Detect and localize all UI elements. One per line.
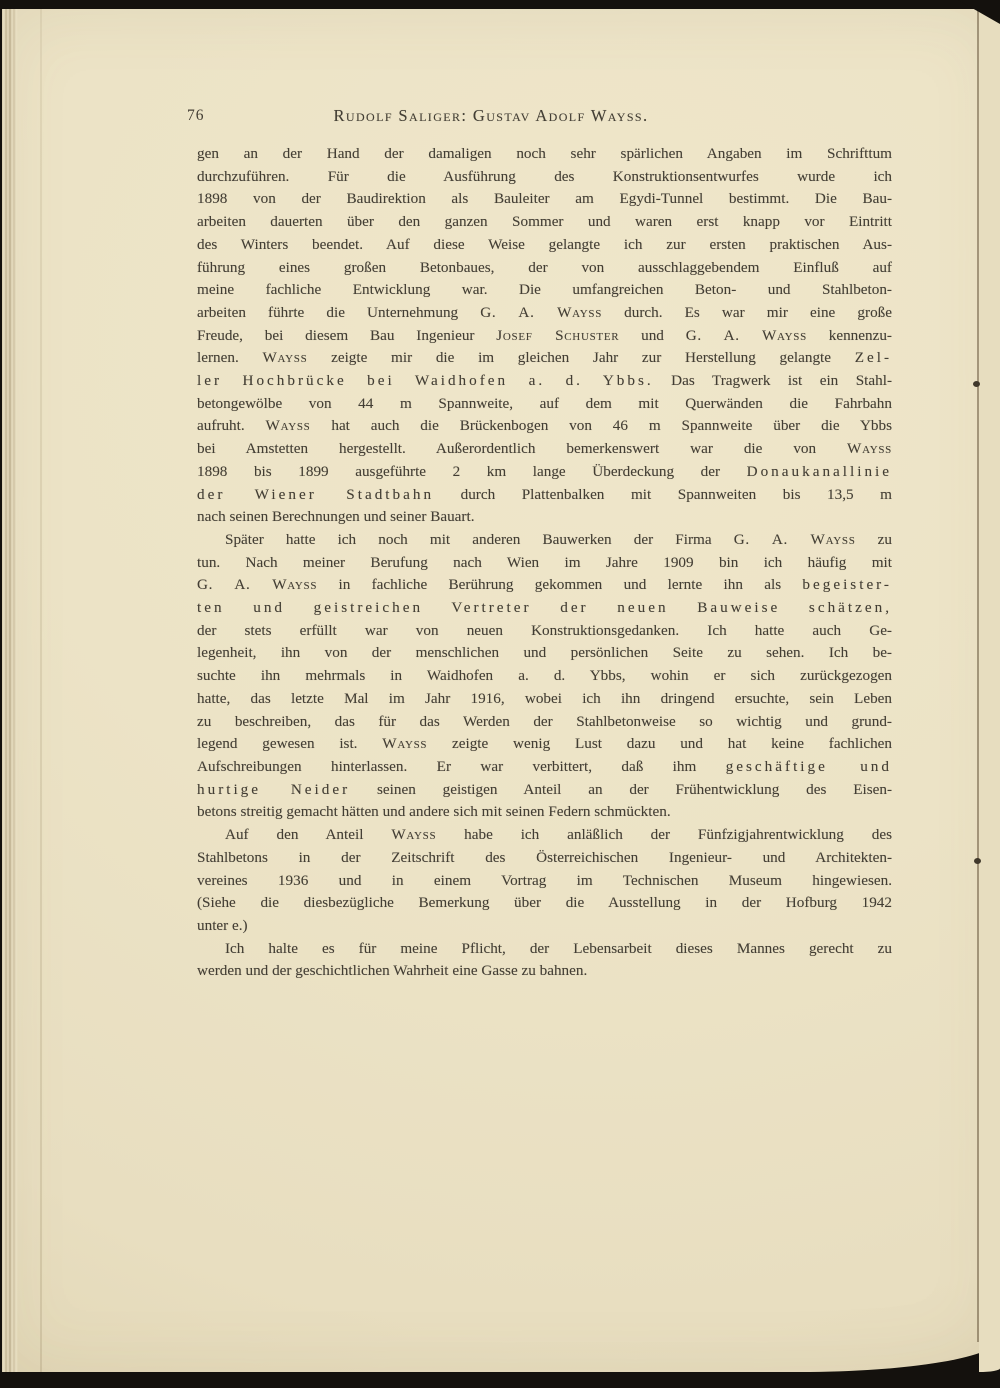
gutter-crease bbox=[40, 9, 42, 1372]
text-line: hurtige Neider seinen geistigen Anteil a… bbox=[197, 779, 892, 802]
text-line: G. A. Wayss in fachliche Berührung gekom… bbox=[197, 574, 892, 597]
text-line: meine fachliche Entwicklung war. Die umf… bbox=[197, 279, 892, 302]
text-segment: gen an der Hand der damaligen noch sehr … bbox=[197, 145, 892, 162]
letterspaced-emphasis: ler Hochbrücke bei Waidhofen a. d. Ybbs. bbox=[197, 372, 654, 389]
text-line: suchte ihn mehrmals in Waidhofen a. d. Y… bbox=[197, 665, 892, 688]
running-header: Rudolf Saliger: Gustav Adolf Wayss. bbox=[2, 106, 980, 126]
text-segment: tun. Nach meiner Berufung nach Wien im J… bbox=[197, 554, 892, 571]
text-line: bei Amstetten hergestellt. Außerordentli… bbox=[197, 438, 892, 461]
letterspaced-emphasis: hurtige Neider bbox=[197, 781, 350, 798]
text-line: Ich halte es für meine Pflicht, der Lebe… bbox=[197, 938, 892, 961]
text-segment: aufruht. bbox=[197, 417, 266, 434]
text-segment: Ich halte es für meine Pflicht, der Lebe… bbox=[225, 940, 892, 957]
book-scan: 76 Rudolf Saliger: Gustav Adolf Wayss. g… bbox=[0, 0, 1000, 1388]
text-segment: unter e.) bbox=[197, 917, 248, 934]
text-segment: vereines 1936 und in einem Vortrag im Te… bbox=[197, 872, 892, 889]
person-name: Wayss bbox=[262, 349, 307, 366]
paragraph: Später hatte ich noch mit anderen Bauwer… bbox=[197, 529, 892, 824]
facing-page-edge bbox=[979, 9, 1000, 1372]
text-line: betongewölbe von 44 m Spannweite, auf de… bbox=[197, 393, 892, 416]
text-line: nach seinen Berechnungen und seiner Baua… bbox=[197, 506, 892, 529]
text-line: unter e.) bbox=[197, 915, 892, 938]
letterspaced-emphasis: Zel- bbox=[855, 349, 892, 366]
text-segment: werden und der geschichtlichen Wahrheit … bbox=[197, 962, 587, 979]
person-name: G. A. Wayss bbox=[480, 304, 602, 321]
text-segment: lernen. bbox=[197, 349, 262, 366]
text-segment: durch Plattenbalken mit Spannweiten bis … bbox=[434, 486, 892, 503]
letterspaced-emphasis: der Wiener Stadtbahn bbox=[197, 486, 434, 503]
text-segment: zeigte mir die im gleichen Jahr zur Hers… bbox=[307, 349, 854, 366]
text-line: legenheit, ihn von der menschlichen und … bbox=[197, 642, 892, 665]
text-segment: legend gewesen ist. bbox=[197, 735, 382, 752]
text-segment: arbeiten dauerten über den ganzen Sommer… bbox=[197, 213, 892, 230]
text-segment: durch. Es war mir eine große bbox=[602, 304, 892, 321]
text-line: aufruht. Wayss hat auch die Brückenbogen… bbox=[197, 415, 892, 438]
letterspaced-emphasis: begeister- bbox=[802, 576, 892, 593]
text-segment: seinen geistigen Anteil an der Frühentwi… bbox=[350, 781, 892, 798]
text-segment: bei Amstetten hergestellt. Außerordentli… bbox=[197, 440, 847, 457]
body-text: gen an der Hand der damaligen noch sehr … bbox=[197, 143, 892, 983]
text-segment: Auf den Anteil bbox=[225, 826, 391, 843]
text-line: Freude, bei diesem Bau Ingenieur Josef S… bbox=[197, 325, 892, 348]
person-name: Wayss bbox=[382, 735, 427, 752]
text-line: arbeiten führte die Unternehmung G. A. W… bbox=[197, 302, 892, 325]
text-segment: und bbox=[619, 327, 685, 344]
text-line: führung eines großen Betonbaues, der von… bbox=[197, 257, 892, 280]
text-segment: (Siehe die diesbezügliche Bemerkung über… bbox=[197, 894, 892, 911]
text-line: des Winters beendet. Auf diese Weise gel… bbox=[197, 234, 892, 257]
text-line: 1898 bis 1899 ausgeführte 2 km lange Übe… bbox=[197, 461, 892, 484]
letterspaced-emphasis: ten und geistreichen Vertreter der neuen… bbox=[197, 599, 892, 616]
text-line: Stahlbetons in der Zeitschrift des Öster… bbox=[197, 847, 892, 870]
person-name: Wayss bbox=[391, 826, 436, 843]
person-name: G. A. Wayss bbox=[686, 327, 807, 344]
text-segment: in fachliche Berührung gekommen und lern… bbox=[317, 576, 802, 593]
text-line: ten und geistreichen Vertreter der neuen… bbox=[197, 597, 892, 620]
text-segment: der stets erfüllt war von neuen Konstruk… bbox=[197, 622, 892, 639]
text-line: der Wiener Stadtbahn durch Plattenbalken… bbox=[197, 484, 892, 507]
page-edges-left bbox=[2, 9, 18, 1372]
text-segment: Freude, bei diesem Bau Ingenieur bbox=[197, 327, 496, 344]
text-segment: betongewölbe von 44 m Spannweite, auf de… bbox=[197, 395, 892, 412]
text-segment: des Winters beendet. Auf diese Weise gel… bbox=[197, 236, 892, 253]
text-line: durchzuführen. Für die Ausführung des Ko… bbox=[197, 166, 892, 189]
text-segment: durchzuführen. Für die Ausführung des Ko… bbox=[197, 168, 892, 185]
text-segment: Das Tragwerk ist ein Stahl- bbox=[654, 372, 892, 389]
running-head-row: 76 Rudolf Saliger: Gustav Adolf Wayss. bbox=[2, 106, 1000, 130]
paper-speck bbox=[973, 381, 980, 387]
text-line: hatte, das letzte Mal im Jahr 1916, wobe… bbox=[197, 688, 892, 711]
text-segment: betons streitig gemacht hätten und ander… bbox=[197, 803, 671, 820]
text-segment: zu beschreiben, das für das Werden der S… bbox=[197, 713, 892, 730]
paragraph: Ich halte es für meine Pflicht, der Lebe… bbox=[197, 938, 892, 983]
text-segment: zeigte wenig Lust dazu und hat keine fac… bbox=[427, 735, 892, 752]
text-line: ler Hochbrücke bei Waidhofen a. d. Ybbs.… bbox=[197, 370, 892, 393]
text-line: arbeiten dauerten über den ganzen Sommer… bbox=[197, 211, 892, 234]
text-segment: hat auch die Brückenbogen von 46 m Spann… bbox=[310, 417, 892, 434]
text-line: vereines 1936 und in einem Vortrag im Te… bbox=[197, 870, 892, 893]
text-line: zu beschreiben, das für das Werden der S… bbox=[197, 711, 892, 734]
text-line: werden und der geschichtlichen Wahrheit … bbox=[197, 960, 892, 983]
text-line: legend gewesen ist. Wayss zeigte wenig L… bbox=[197, 733, 892, 756]
paragraph: Auf den Anteil Wayss habe ich anläßlich … bbox=[197, 824, 892, 938]
text-line: lernen. Wayss zeigte mir die im gleichen… bbox=[197, 347, 892, 370]
text-line: Später hatte ich noch mit anderen Bauwer… bbox=[197, 529, 892, 552]
person-name: Wayss bbox=[266, 417, 311, 434]
text-segment: kennenzu- bbox=[807, 327, 892, 344]
text-segment: arbeiten führte die Unternehmung bbox=[197, 304, 480, 321]
text-segment: zu bbox=[856, 531, 892, 548]
person-name: Wayss bbox=[847, 440, 892, 457]
text-segment: meine fachliche Entwicklung war. Die umf… bbox=[197, 281, 892, 298]
text-segment: hatte, das letzte Mal im Jahr 1916, wobe… bbox=[197, 690, 892, 707]
text-segment: Später hatte ich noch mit anderen Bauwer… bbox=[225, 531, 734, 548]
text-segment: suchte ihn mehrmals in Waidhofen a. d. Y… bbox=[197, 667, 892, 684]
text-segment: Aufschreibungen hinterlassen. Er war ver… bbox=[197, 758, 726, 775]
letterspaced-emphasis: Donaukanallinie bbox=[747, 463, 892, 480]
text-segment: nach seinen Berechnungen und seiner Baua… bbox=[197, 508, 475, 525]
text-segment: 1898 von der Baudirektion als Bauleiter … bbox=[197, 190, 892, 207]
person-name: G. A. Wayss bbox=[197, 576, 317, 593]
person-name: Josef Schuster bbox=[496, 327, 619, 344]
person-name: G. A. Wayss bbox=[734, 531, 856, 548]
text-line: (Siehe die diesbezügliche Bemerkung über… bbox=[197, 892, 892, 915]
text-line: tun. Nach meiner Berufung nach Wien im J… bbox=[197, 552, 892, 575]
text-line: der stets erfüllt war von neuen Konstruk… bbox=[197, 620, 892, 643]
text-segment: 1898 bis 1899 ausgeführte 2 km lange Übe… bbox=[197, 463, 747, 480]
text-segment: habe ich anläßlich der Fünfzigjahrentwic… bbox=[436, 826, 892, 843]
text-line: 1898 von der Baudirektion als Bauleiter … bbox=[197, 188, 892, 211]
paragraph: gen an der Hand der damaligen noch sehr … bbox=[197, 143, 892, 529]
text-segment: führung eines großen Betonbaues, der von… bbox=[197, 259, 892, 276]
text-line: betons streitig gemacht hätten und ander… bbox=[197, 801, 892, 824]
text-line: Aufschreibungen hinterlassen. Er war ver… bbox=[197, 756, 892, 779]
text-segment: Stahlbetons in der Zeitschrift des Öster… bbox=[197, 849, 892, 866]
book-page: 76 Rudolf Saliger: Gustav Adolf Wayss. g… bbox=[2, 9, 1000, 1372]
text-segment: legenheit, ihn von der menschlichen und … bbox=[197, 644, 892, 661]
text-line: Auf den Anteil Wayss habe ich anläßlich … bbox=[197, 824, 892, 847]
facing-page-edge-line bbox=[977, 9, 979, 1342]
paper-speck bbox=[974, 858, 981, 864]
text-line: gen an der Hand der damaligen noch sehr … bbox=[197, 143, 892, 166]
letterspaced-emphasis: geschäftige und bbox=[726, 758, 892, 775]
